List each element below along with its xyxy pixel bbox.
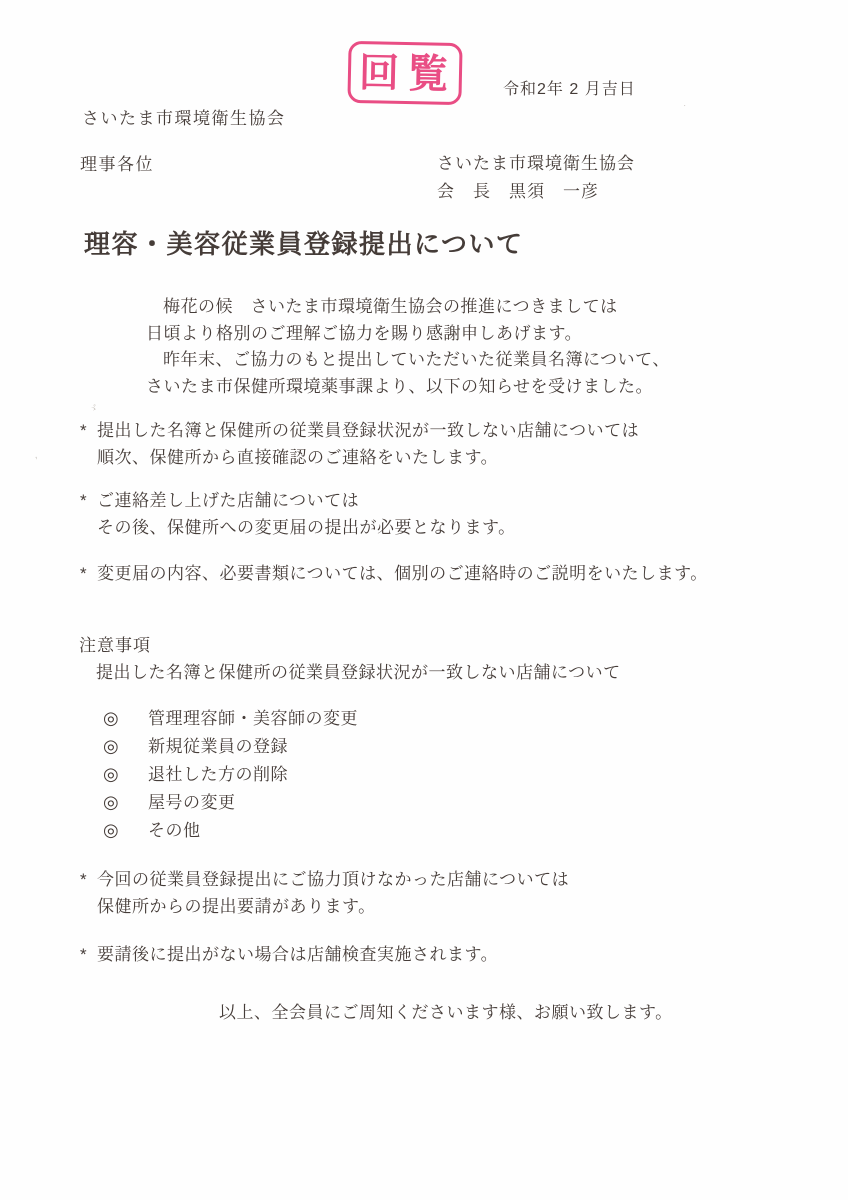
sender-organization: さいたま市環境衛生協会 <box>437 150 635 178</box>
greeting-paragraph: 梅花の候 さいたま市環境衛生協会の推進につきましては 日頃より格別のご理解ご協力… <box>146 294 670 400</box>
note-item-text: 新規従業員の登録 <box>148 737 288 756</box>
bullet-text: 提出した名簿と保健所の従業員登録状況が一致しない店舗については 順次、保健所から… <box>97 417 639 471</box>
scan-artifact: · <box>681 100 687 110</box>
double-circle-marker: ◎ <box>103 764 148 785</box>
double-circle-marker: ◎ <box>103 708 148 729</box>
note-item-text: 退社した方の削除 <box>148 765 288 784</box>
note-list-item: ◎その他 <box>103 816 201 841</box>
asterisk-marker: * <box>80 487 97 541</box>
bullet-line: 今回の従業員登録提出にご協力頂けなかった店舗については <box>97 866 569 893</box>
recipient-line: 理事各位 <box>80 150 154 175</box>
bullet-line: 順次、保健所から直接確認のご連絡をいたします。 <box>97 444 639 471</box>
note-list-item: ◎退社した方の削除 <box>103 760 288 785</box>
bullet-line: 変更届の内容、必要書類については、個別のご連絡時のご説明をいたします。 <box>97 560 708 587</box>
notes-heading: 注意事項 <box>79 631 151 656</box>
document-date: 令和2年 2 月吉日 <box>503 76 636 99</box>
scan-artifact: , <box>32 450 38 461</box>
greeting-line: さいたま市保健所環境薬事課より、以下の知らせを受けました。 <box>146 374 670 401</box>
sender-block: さいたま市環境衛生協会 会 長 黒須 一彦 <box>437 150 635 206</box>
greeting-line: 梅花の候 さいたま市環境衛生協会の推進につきましては <box>146 294 670 321</box>
bullet-line: 要請後に提出がない場合は店舗検査実施されます。 <box>97 941 498 968</box>
note-list-item: ◎管理理容師・美容師の変更 <box>103 704 358 729</box>
bullet-line: 保健所からの提出要請があります。 <box>97 893 569 920</box>
closing-request-line: 以上、全会員にご周知くださいます様、お願い致します。 <box>219 998 673 1023</box>
association-name-header: さいたま市環境衛生協会 <box>82 104 286 129</box>
note-list-item: ◎新規従業員の登録 <box>103 732 288 757</box>
double-circle-marker: ◎ <box>103 792 148 813</box>
greeting-line: 日頃より格別のご理解ご協力を賜り感謝申しあげます。 <box>146 321 670 348</box>
asterisk-marker: * <box>80 417 97 471</box>
note-list-item: ◎屋号の変更 <box>103 788 236 813</box>
document-title: 理容・美容従業員登録提出について <box>84 224 523 261</box>
bullet-item: * 要請後に提出がない場合は店舗検査実施されます。 <box>80 941 498 968</box>
stamp-text: 回覧 <box>359 53 458 95</box>
bullet-text: 変更届の内容、必要書類については、個別のご連絡時のご説明をいたします。 <box>97 560 708 587</box>
bullet-item: * 変更届の内容、必要書類については、個別のご連絡時のご説明をいたします。 <box>80 560 708 587</box>
bullet-item: * 今回の従業員登録提出にご協力頂けなかった店舗については 保健所からの提出要請… <box>80 866 569 920</box>
kairan-circulation-stamp: 回覧 <box>347 41 462 105</box>
notes-subheading: 提出した名簿と保健所の従業員登録状況が一致しない店舗について <box>96 658 621 683</box>
bullet-line: その後、保健所への変更届の提出が必要となります。 <box>97 514 516 541</box>
asterisk-marker: * <box>80 941 97 968</box>
asterisk-marker: * <box>80 560 97 587</box>
document-page: 回覧 令和2年 2 月吉日 さいたま市環境衛生協会 理事各位 さいたま市環境衛生… <box>0 0 848 1200</box>
bullet-item: * ご連絡差し上げた店舗については その後、保健所への変更届の提出が必要となりま… <box>80 487 516 541</box>
asterisk-marker: * <box>80 866 97 920</box>
bullet-line: ご連絡差し上げた店舗については <box>97 487 516 514</box>
bullet-text: ご連絡差し上げた店舗については その後、保健所への変更届の提出が必要となります。 <box>97 487 516 541</box>
note-item-text: その他 <box>148 821 201 840</box>
note-item-text: 屋号の変更 <box>148 793 236 812</box>
scan-artifact: ゞ <box>86 399 101 417</box>
bullet-line: 提出した名簿と保健所の従業員登録状況が一致しない店舗については <box>97 417 639 444</box>
bullet-text: 今回の従業員登録提出にご協力頂けなかった店舗については 保健所からの提出要請があ… <box>97 866 569 920</box>
greeting-line: 昨年末、ご協力のもと提出していただいた従業員名簿について、 <box>146 347 670 374</box>
bullet-item: * 提出した名簿と保健所の従業員登録状況が一致しない店舗については 順次、保健所… <box>80 417 639 471</box>
sender-chairman-name: 会 長 黒須 一彦 <box>437 178 635 206</box>
double-circle-marker: ◎ <box>103 820 148 841</box>
double-circle-marker: ◎ <box>103 736 148 757</box>
bullet-text: 要請後に提出がない場合は店舗検査実施されます。 <box>97 941 498 968</box>
note-item-text: 管理理容師・美容師の変更 <box>148 709 358 728</box>
